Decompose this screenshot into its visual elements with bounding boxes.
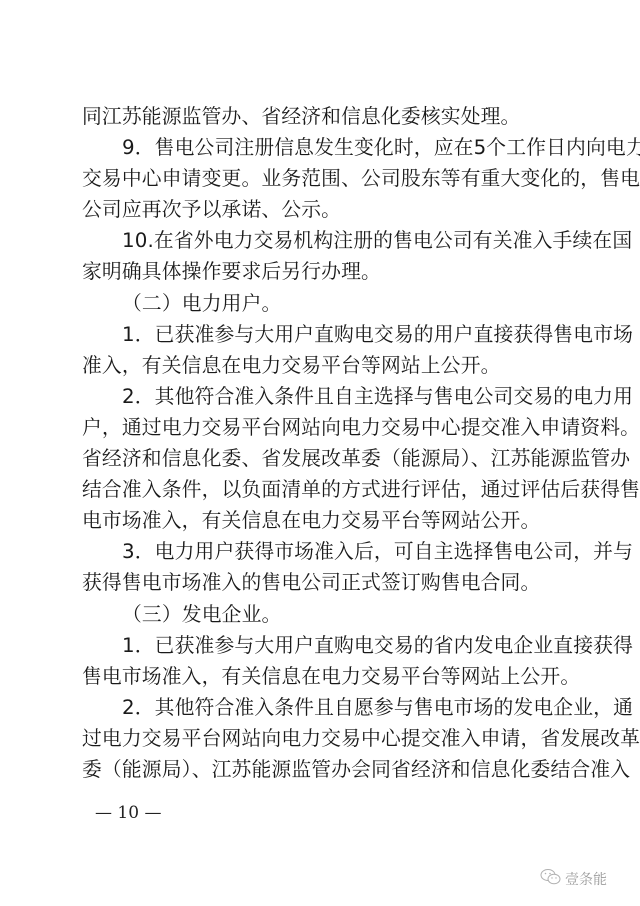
text-line: 售电市场准入，有关信息在电力交易平台等网站上公开。 <box>82 661 564 692</box>
section-heading: （三）发电企业。 <box>82 599 564 630</box>
text-line: 过电力交易平台网站向电力交易中心提交准入申请，省发展改革 <box>82 723 564 754</box>
text-line: 委（能源局）、江苏能源监管办会同省经济和信息化委结合准入 <box>82 754 564 785</box>
text-line: 电市场准入，有关信息在电力交易平台等网站公开。 <box>82 505 564 536</box>
text-line: 家明确具体操作要求后另行办理。 <box>82 256 564 287</box>
text-line: 公司应再次予以承诺、公示。 <box>82 194 564 225</box>
section-heading: （二）电力用户。 <box>82 288 564 319</box>
text-line: 10.在省外电力交易机构注册的售电公司有关准入手续在国 <box>82 225 564 256</box>
text-line: 同江苏能源监管办、省经济和信息化委核实处理。 <box>82 101 564 132</box>
watermark: 壹条能 <box>540 868 607 890</box>
text-line: 结合准入条件，以负面清单的方式进行评估，通过评估后获得售 <box>82 474 564 505</box>
text-line: 准入，有关信息在电力交易平台等网站上公开。 <box>82 350 564 381</box>
watermark-label: 壹条能 <box>565 869 607 889</box>
page-number: — 10 — <box>95 803 161 823</box>
wechat-icon <box>540 868 562 890</box>
text-line: 交易中心申请变更。业务范围、公司股东等有重大变化的，售电 <box>82 163 564 194</box>
document-body: 同江苏能源监管办、省经济和信息化委核实处理。 9．售电公司注册信息发生变化时，应… <box>82 101 564 785</box>
text-line: 2．其他符合准入条件且自主选择与售电公司交易的电力用 <box>82 381 564 412</box>
text-line: 户，通过电力交易平台网站向电力交易中心提交准入申请资料。 <box>82 412 564 443</box>
text-line: 1．已获准参与大用户直购电交易的省内发电企业直接获得 <box>82 630 564 661</box>
text-line: 省经济和信息化委、省发展改革委（能源局）、江苏能源监管办 <box>82 443 564 474</box>
text-line: 获得售电市场准入的售电公司正式签订购售电合同。 <box>82 567 564 598</box>
text-line: 9．售电公司注册信息发生变化时，应在5个工作日内向电力 <box>82 132 564 163</box>
text-line: 3．电力用户获得市场准入后，可自主选择售电公司，并与 <box>82 536 564 567</box>
text-line: 1．已获准参与大用户直购电交易的用户直接获得售电市场 <box>82 319 564 350</box>
text-line: 2．其他符合准入条件且自愿参与售电市场的发电企业，通 <box>82 692 564 723</box>
document-page: 同江苏能源监管办、省经济和信息化委核实处理。 9．售电公司注册信息发生变化时，应… <box>0 0 640 906</box>
